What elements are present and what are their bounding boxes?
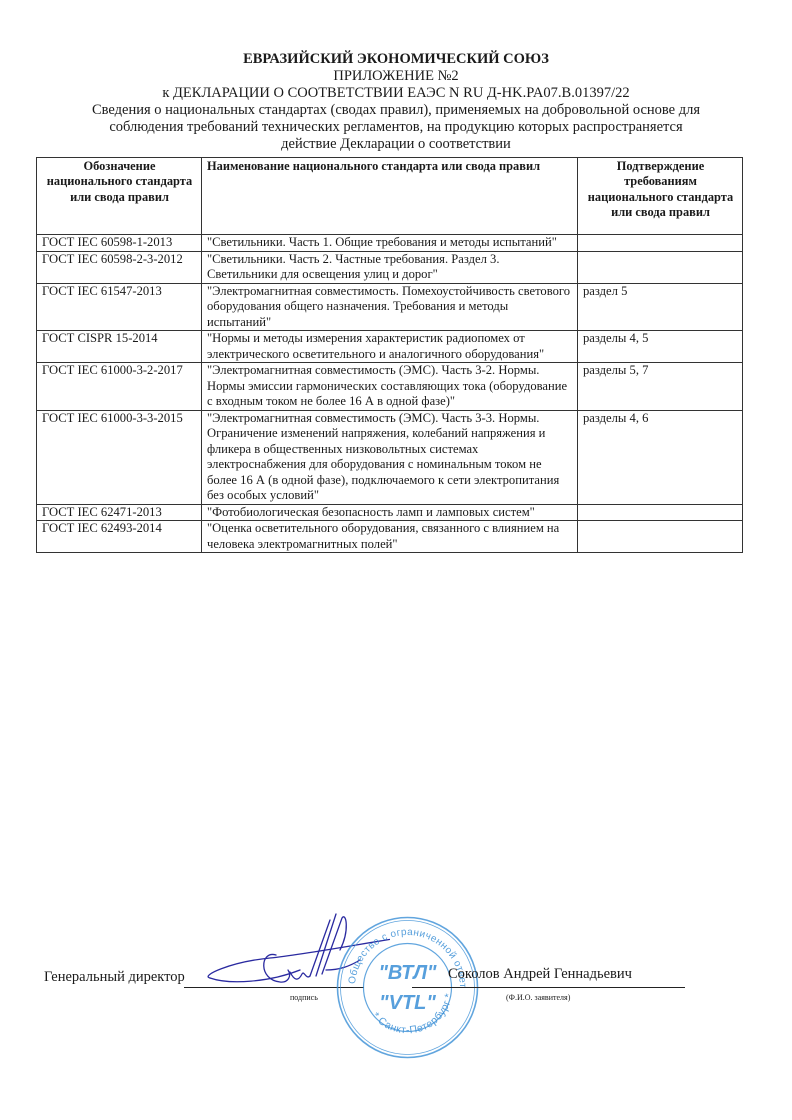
table-body: ГОСТ IEC 60598-1-2013"Светильники. Часть…	[37, 235, 743, 553]
confirmation-cell: разделы 5, 7	[578, 363, 743, 411]
standard-name-cell: "Электромагнитная совместимость (ЭМС). Ч…	[202, 410, 578, 504]
confirmation-cell	[578, 251, 743, 283]
handwritten-signature-icon	[190, 910, 390, 1000]
standard-name-cell: "Нормы и методы измерения характеристик …	[202, 331, 578, 363]
appendix-number: ПРИЛОЖЕНИЕ №2	[0, 68, 792, 85]
svg-text:Общество с ограниченной ответс: Общество с ограниченной ответственностью	[335, 915, 468, 988]
org-title: ЕВРАЗИЙСКИЙ ЭКОНОМИЧЕСКИЙ СОЮЗ	[0, 50, 792, 68]
intro-line-1: Сведения о национальных стандартах (свод…	[0, 102, 792, 119]
table-row: ГОСТ IEC 61547-2013"Электромагнитная сов…	[37, 283, 743, 331]
intro-line-3: действие Декларации о соответствии	[0, 136, 792, 153]
name-line	[412, 987, 685, 988]
standard-code-cell: ГОСТ IEC 61000-3-3-2015	[37, 410, 202, 504]
column-header-code: Обозначение национального стандарта или …	[37, 158, 202, 235]
standard-code-cell: ГОСТ CISPR 15-2014	[37, 331, 202, 363]
declaration-reference: к ДЕКЛАРАЦИИ О СООТВЕТСТВИИ ЕАЭС N RU Д-…	[0, 85, 792, 102]
standard-code-cell: ГОСТ IEC 62493-2014	[37, 521, 202, 553]
confirmation-cell: разделы 4, 5	[578, 331, 743, 363]
company-stamp-icon: Общество с ограниченной ответственностью…	[335, 915, 480, 1060]
svg-text:* Санкт-Петербург *: * Санкт-Петербург *	[370, 992, 456, 1036]
column-header-name: Наименование национального стандарта или…	[202, 158, 578, 235]
confirmation-cell	[578, 235, 743, 252]
standard-name-cell: "Электромагнитная совместимость. Помехоу…	[202, 283, 578, 331]
standard-code-cell: ГОСТ IEC 60598-2-3-2012	[37, 251, 202, 283]
table-row: ГОСТ IEC 61000-3-2-2017"Электромагнитная…	[37, 363, 743, 411]
standard-name-cell: "Светильники. Часть 1. Общие требования …	[202, 235, 578, 252]
standard-code-cell: ГОСТ IEC 61000-3-2-2017	[37, 363, 202, 411]
standard-name-cell: "Светильники. Часть 2. Частные требовани…	[202, 251, 578, 283]
confirmation-cell	[578, 521, 743, 553]
name-caption: (Ф.И.О. заявителя)	[506, 993, 570, 1002]
table-header-row: Обозначение национального стандарта или …	[37, 158, 743, 235]
intro-line-2: соблюдения требований технических реглам…	[0, 119, 792, 136]
table-row: ГОСТ IEC 62493-2014"Оценка осветительног…	[37, 521, 743, 553]
table-row: ГОСТ IEC 60598-2-3-2012"Светильники. Час…	[37, 251, 743, 283]
standards-table: Обозначение национального стандарта или …	[36, 157, 743, 553]
table-row: ГОСТ IEC 61000-3-3-2015"Электромагнитная…	[37, 410, 743, 504]
standard-code-cell: ГОСТ IEC 62471-2013	[37, 504, 202, 521]
table-row: ГОСТ IEC 62471-2013"Фотобиологическая бе…	[37, 504, 743, 521]
table-row: ГОСТ IEC 60598-1-2013"Светильники. Часть…	[37, 235, 743, 252]
signature-line	[184, 987, 364, 988]
signature-caption: подпись	[290, 993, 318, 1002]
document-header: ЕВРАЗИЙСКИЙ ЭКОНОМИЧЕСКИЙ СОЮЗ ПРИЛОЖЕНИ…	[0, 50, 792, 153]
svg-text:"ВТЛ": "ВТЛ"	[378, 962, 437, 984]
signer-full-name: Соколов Андрей Геннадьевич	[448, 966, 632, 983]
column-header-confirmation: Подтверждение требованиям национального …	[578, 158, 743, 235]
svg-text:"VTL": "VTL"	[379, 992, 436, 1014]
standard-name-cell: "Оценка осветительного оборудования, свя…	[202, 521, 578, 553]
table-row: ГОСТ CISPR 15-2014"Нормы и методы измере…	[37, 331, 743, 363]
standard-name-cell: "Электромагнитная совместимость (ЭМС). Ч…	[202, 363, 578, 411]
standard-code-cell: ГОСТ IEC 60598-1-2013	[37, 235, 202, 252]
confirmation-cell: раздел 5	[578, 283, 743, 331]
confirmation-cell	[578, 504, 743, 521]
confirmation-cell: разделы 4, 6	[578, 410, 743, 504]
standard-code-cell: ГОСТ IEC 61547-2013	[37, 283, 202, 331]
standard-name-cell: "Фотобиологическая безопасность ламп и л…	[202, 504, 578, 521]
signer-position: Генеральный директор	[44, 969, 185, 986]
